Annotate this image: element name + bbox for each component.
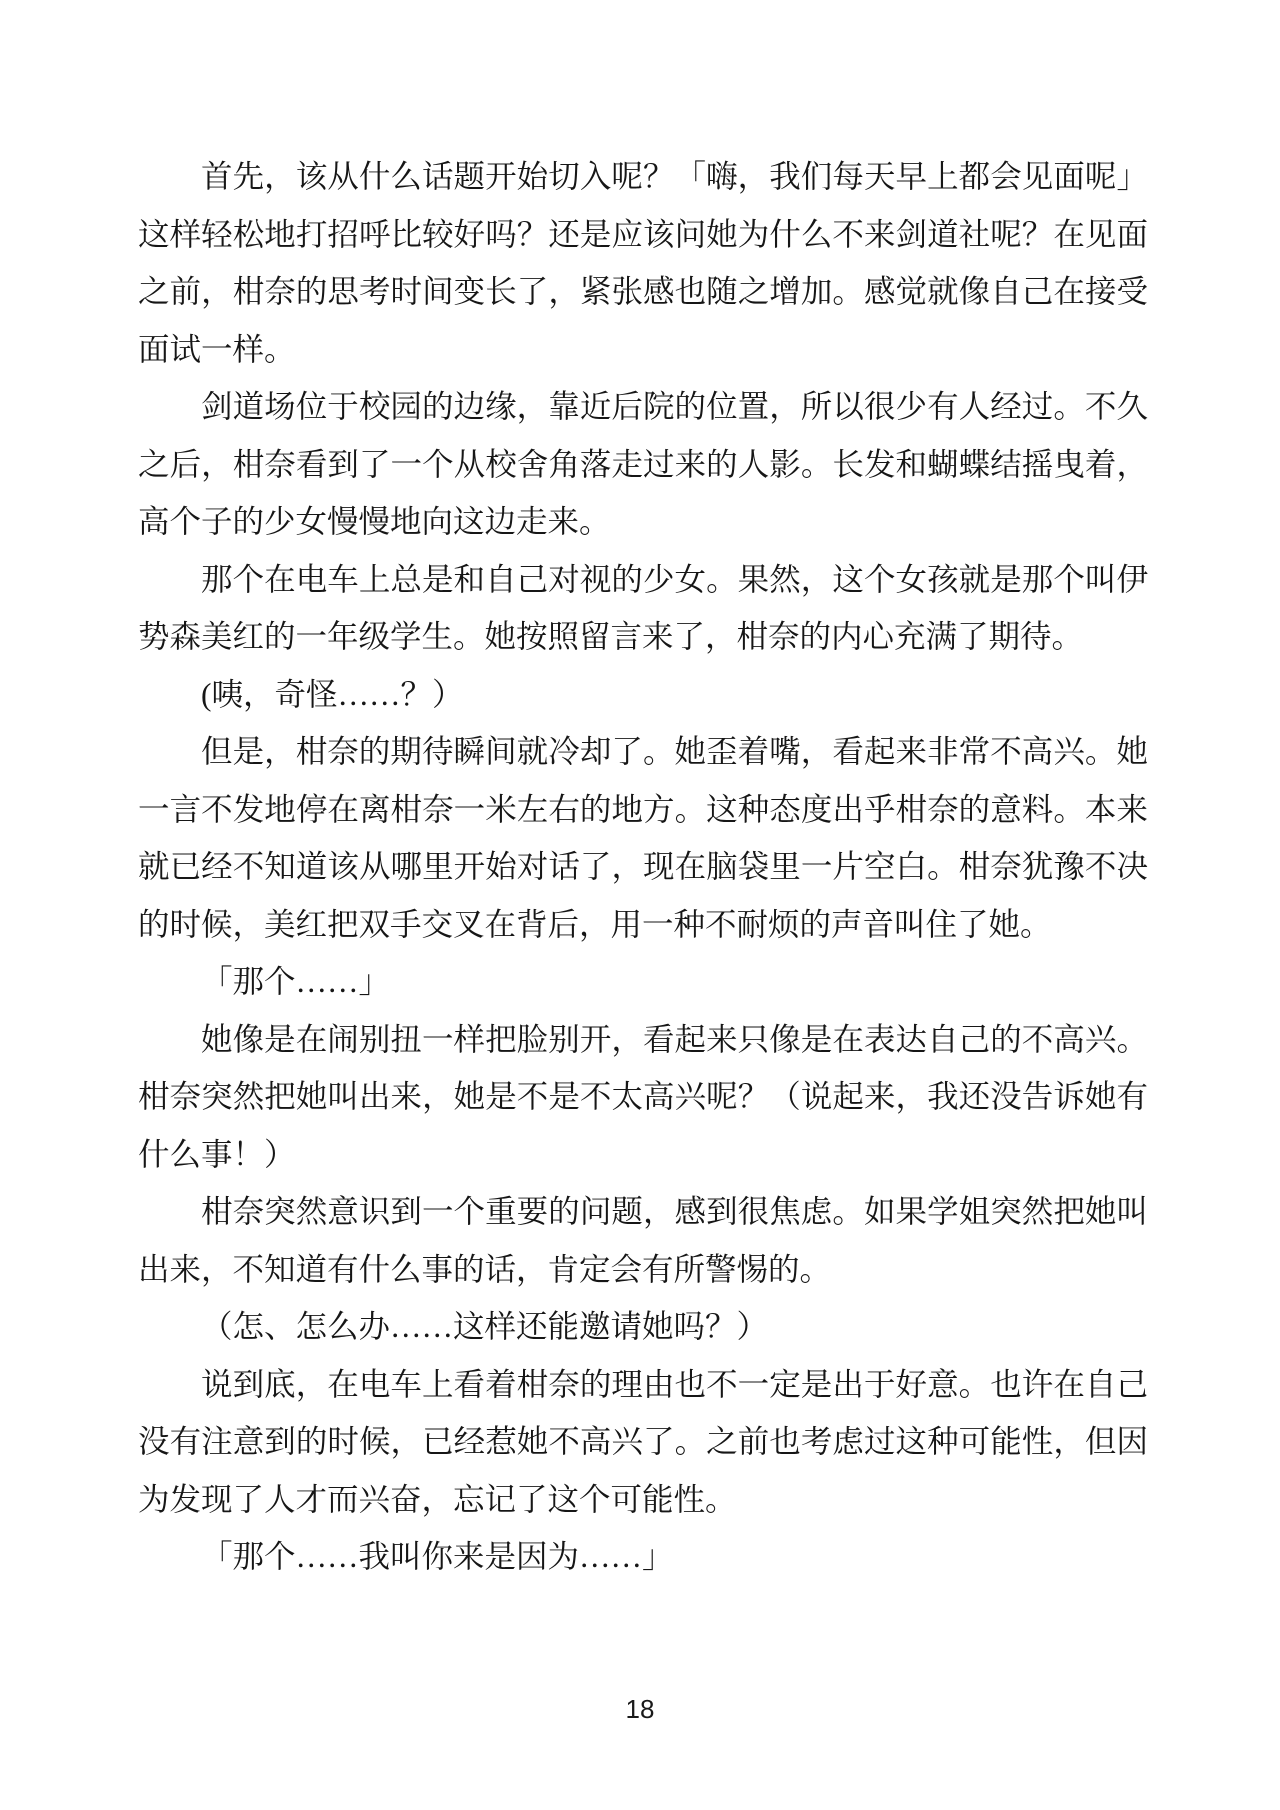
page-text: 首先，该从什么话题开始切入呢？「嗨，我们每天早上都会见面呢」这样轻松地打招呼比较… bbox=[138, 148, 1148, 1586]
paragraph-6: 「那个……」 bbox=[138, 953, 1148, 1011]
paragraph-9: （怎、怎么办……这样还能邀请她吗？） bbox=[138, 1298, 1148, 1356]
paragraph-2: 剑道场位于校园的边缘，靠近后院的位置，所以很少有人经过。不久之后，柑奈看到了一个… bbox=[138, 378, 1148, 551]
paragraph-8: 柑奈突然意识到一个重要的问题，感到很焦虑。如果学姐突然把她叫出来，不知道有什么事… bbox=[138, 1183, 1148, 1298]
document-page: 首先，该从什么话题开始切入呢？「嗨，我们每天早上都会见面呢」这样轻松地打招呼比较… bbox=[0, 0, 1280, 1810]
paragraph-10: 说到底，在电车上看着柑奈的理由也不一定是出于好意。也许在自己没有注意到的时候，已… bbox=[138, 1356, 1148, 1529]
paragraph-7: 她像是在闹别扭一样把脸别开，看起来只像是在表达自己的不高兴。柑奈突然把她叫出来，… bbox=[138, 1011, 1148, 1184]
paragraph-4: (咦，奇怪……？） bbox=[138, 666, 1148, 724]
paragraph-1: 首先，该从什么话题开始切入呢？「嗨，我们每天早上都会见面呢」这样轻松地打招呼比较… bbox=[138, 148, 1148, 378]
paragraph-3: 那个在电车上总是和自己对视的少女。果然，这个女孩就是那个叫伊势森美红的一年级学生… bbox=[138, 551, 1148, 666]
paragraph-5: 但是，柑奈的期待瞬间就冷却了。她歪着嘴，看起来非常不高兴。她一言不发地停在离柑奈… bbox=[138, 723, 1148, 953]
paragraph-11: 「那个……我叫你来是因为……」 bbox=[138, 1528, 1148, 1586]
page-number: 18 bbox=[0, 1694, 1280, 1725]
